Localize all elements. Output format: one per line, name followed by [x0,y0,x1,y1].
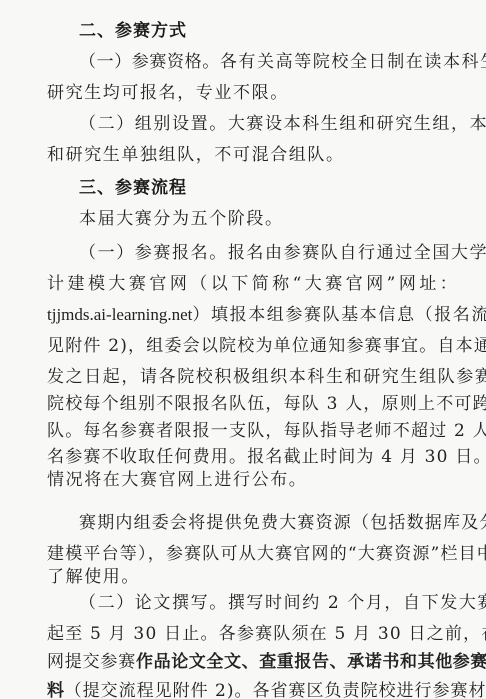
char: ” [387,274,396,294]
stage2-line2: 起至 5 月 30 日止。各参赛队须在 5 月 30 日之前，在大赛官 [47,624,457,644]
paragraph-text: 网提交参赛 [47,652,136,672]
char: 官 [149,274,166,294]
char: “ [293,274,302,294]
char: 网 [399,274,416,294]
stage2-line1: （二）论文撰写。撰写时间约 2 个月，自下发大赛通知 [79,593,457,613]
stage1-line2: 计 建 模 大 赛 官 网 （ 以 下 简 称 “ 大 赛 官 网 ” 网 址 … [47,274,457,294]
paragraph-groups-line1: （二）组别设置。大赛设本科生组和研究生组，本科生 [79,114,457,134]
resources-line2: 建模平台等），参赛队可从大赛官网的“大赛资源”栏目中 [47,544,457,564]
resources-line3: 了解使用。 [47,567,457,587]
stage2-line3: 网提交参赛作品论文全文、查重报告、承诺书和其他参赛材 [47,652,457,672]
stage1-line6: 院校每个组别不限报名队伍，每队 3 人，原则上不可跨校组 [47,394,457,414]
char: 大 [305,274,322,294]
stage2-line4: 料（提交流程见附件 2)。各省赛区负责院校进行参赛材料审 [47,681,457,699]
char: 以 [211,274,228,294]
stage1-line7: 队。每名参赛者限报一支队，每队指导老师不超过 2 人。报 [47,421,457,441]
char: 模 [88,274,105,294]
char: 大 [108,274,125,294]
char: 址 [419,274,436,294]
section-heading-participation: 二、参赛方式 [79,21,486,41]
item-label: （一）参赛资格。 [79,52,220,72]
process-intro: 本届大赛分为五个阶段。 [79,209,486,229]
paragraph-eligibility-line2: 研究生均可报名，专业不限。 [47,83,457,103]
stage1-line1: （一）参赛报名。报名由参赛队自行通过全国大学生统 [79,243,457,263]
paragraph-text: 报名由参赛队自行通过全国大学生统 [228,243,486,263]
stage1-line4: 见附件 2)，组委会以院校为单位通知参赛事宜。自本通知下 [47,336,457,356]
item-label: （二）论文撰写。 [79,593,228,613]
paragraph-text: 各有关高等院校全日制在读本科生、 [220,52,486,72]
char: 下 [231,274,248,294]
paragraph-text: （提交流程见附件 2)。各省赛区负责院校进行参赛材料审 [65,681,486,699]
char: 官 [346,274,363,294]
website-url[interactable]: tjjmds.ai-learning.net [47,305,192,324]
stage1-line5: 发之日起，请各院校积极组织本科生和研究生组队参赛，各 [47,367,457,387]
section-heading-process: 三、参赛流程 [79,178,486,198]
paragraph-text: ）填报本组参赛队基本信息（报名流程 [192,305,486,325]
char: 赛 [325,274,342,294]
paragraph-groups-line2: 和研究生单独组队，不可混合组队。 [47,145,457,165]
resources-line1: 赛期内组委会将提供免费大赛资源（包括数据库及分析 [79,513,486,533]
paragraph-text: 撰写时间约 2 个月，自下发大赛通知 [228,593,486,613]
item-label: （二）组别设置。 [79,114,228,134]
char: 网 [170,274,187,294]
paragraph-text: 大赛设本科生组和研究生组，本科生 [228,114,486,134]
stage1-line3: tjjmds.ai-learning.net）填报本组参赛队基本信息（报名流程 [47,305,457,325]
char: 建 [67,274,84,294]
char: ： [440,274,457,294]
paragraph-eligibility-line1: （一）参赛资格。各有关高等院校全日制在读本科生、 [79,52,457,72]
item-label: （一）参赛报名。 [79,243,228,263]
char: 简 [252,274,269,294]
stage1-line9: 情况将在大赛官网上进行公布。 [47,470,457,490]
emphasis-text: 作品论文全文、查重报告、承诺书和其他参赛材 [136,652,486,672]
char: 称 [272,274,289,294]
char: （ [190,274,207,294]
char: 计 [47,274,64,294]
stage1-line8: 名参赛不收取任何费用。报名截止时间为 4 月 30 日。报名 [47,447,457,467]
char: 网 [366,274,383,294]
char: 赛 [129,274,146,294]
emphasis-text: 料 [47,681,65,699]
document-page: 二、参赛方式 （一）参赛资格。各有关高等院校全日制在读本科生、 研究生均可报名，… [0,0,486,699]
